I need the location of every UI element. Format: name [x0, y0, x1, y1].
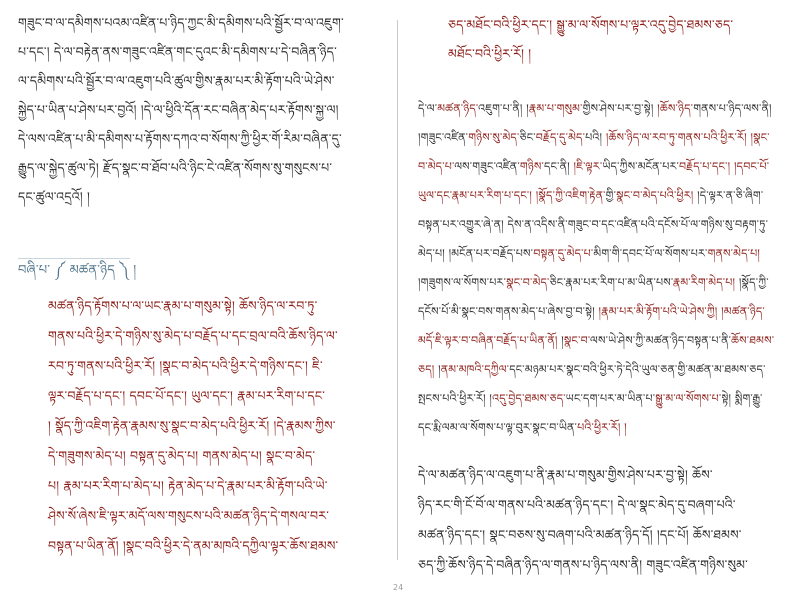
quoted-segment: །སྣང་: [750, 131, 769, 144]
commentary-line: བསྟན་པར་འགྱུར་ཞེ་ན། དེས་ན་འདིས་ནི་གཟུང་བ…: [418, 216, 768, 234]
quoted-segment: ནམ་མཁའི་དཀྱིལ་: [441, 363, 509, 376]
commentary-segment: །དེ་ལྟར་ན་ཅི་ཞིག་: [697, 189, 763, 202]
quoted-segment: ཆོས་ཐམས་: [731, 334, 774, 347]
quoted-segment: རྣམ་པ་གསུམ་: [529, 102, 583, 115]
quoted-segment: ཡུལ་དང་རྣམ་པར་རིག་པ་དང་།: [418, 189, 536, 202]
commentary-line: དངོས་པོ་མི་སྣང་བས་གནས་མེད་པ་ཞེས་བྱ་བ་སྟེ…: [418, 303, 765, 321]
commentary-segment: སྟེ། སྨིག་རྒྱུ་: [721, 392, 762, 405]
quoted-segment: གནས་མེད་པ།: [708, 247, 761, 260]
quote-line: མཐོང་བའི་ཕྱིར་རོ། །: [448, 45, 531, 63]
quoted-segment: །ཆོས་ཉིད་ལ་རབ་ཏུ་གནས་པའི་ཕྱིར་རོ།: [606, 131, 751, 144]
commentary-line: མེད་པ། །མངོན་པར་བརྗོད་པས་བསྟན་དུ་མེད་པ་མ…: [418, 245, 760, 263]
quoted-segment: །ཆོས་ཉིད་: [657, 102, 693, 115]
commentary-line: དང་རྨི་ལམ་ལ་སོགས་པ་ལྟ་བུར་སྣང་བ་ཡིན་པའི་…: [418, 419, 627, 437]
right-page: ཅད་མཐོང་བའི་ཕྱིར་དང་། སྒྱུ་མ་ལ་སོགས་པ་ལྟ…: [400, 0, 799, 599]
commentary-segment: དང་ནི།: [544, 160, 574, 173]
intro-line: དེ་ལས་འཛིན་པ་མི་དམིགས་པ་རྟོགས་དཀའ་བ་སོགས…: [18, 130, 342, 148]
commentary-segment: དང་མཉམ་པར་སྣང་བའི་ཕྱིར་ཏེ་དེའི་ཡུལ་ཅན་གྱ…: [509, 363, 765, 376]
commentary-segment: ལས་གཟུང་འཛིན་: [454, 160, 520, 173]
heading-bracket-close: ༽: [119, 263, 128, 278]
intro-line: རྒྱུད་ལ་སྐྱེད་ཚུལ་ཏེ། རྫོད་སྣང་བ་ཐོབ་པའི…: [18, 159, 332, 177]
commentary-segment: དེ་ལ་: [418, 102, 437, 115]
quoted-segment: བསྟན་དུ་མེད་པ་: [533, 247, 593, 260]
quote-line: མཚན་ཉིད་རྟོགས་པ་ལ་ཡང་རྣམ་པ་གསུམ་སྟེ། ཆོས…: [48, 297, 317, 315]
heading-shad: །: [133, 263, 136, 278]
commentary-line: བ་མེད་པ་ལས་གཟུང་འཛིན་གཉིས་དང་ནི། །ཇི་ལྟར…: [418, 158, 769, 176]
body-line: མཚན་ཉིད་དང་། སྣང་བཅས་སུ་བཞག་པའི་མཚན་ཉིད་…: [418, 526, 742, 544]
commentary-segment: དང་རྨི་ལམ་ལ་སོགས་པ་ལྟ་བུར་སྣང་བ་ཡིན་: [418, 421, 577, 434]
heading-prefix: བཞི་པ་: [18, 263, 50, 278]
quoted-segment: པའི་ཕྱིར་རོ།: [577, 421, 620, 434]
commentary-segment: དངོས་པོ་མི་སྣང་བས་གནས་མེད་པ་ཞེས་བྱ་བ་སྟེ…: [418, 305, 599, 318]
heading-rule: [18, 258, 130, 259]
quoted-segment: གཉིས་: [520, 160, 544, 173]
quote-line: ཅད་མཐོང་བའི་ཕྱིར་དང་། སྒྱུ་མ་ལ་སོགས་པ་ལྟ…: [448, 16, 733, 34]
commentary-segment: པའི།: [585, 131, 606, 144]
intro-line: དང་ཚུལ་འདྲའོ། །: [18, 188, 90, 206]
quoted-segment: །ཇི་ལྟར་: [574, 160, 603, 173]
commentary-segment: །གཟུགས་ལ་སོགས་པར་: [418, 276, 506, 289]
quote-line: དེ་གཟུགས་མེད་པ། བསྟན་དུ་མེད་པ། གནས་མེད་པ…: [48, 447, 315, 465]
commentary-line: དེ་ལ་མཚན་ཉིད་འཇུག་པ་ནི། །རྣམ་པ་གསུམ་གྱིས…: [418, 100, 772, 118]
body-line: དེ་ལ་མཚན་ཉིད་ལ་འཇུག་པ་ནི་རྣམ་པ་གསུམ་གྱིས…: [418, 466, 713, 484]
quoted-segment: སྣང་བ་མེད་པའི་ཕྱིར།: [616, 189, 697, 202]
quoted-segment: ཅད།: [418, 363, 438, 376]
commentary-line: སྤངས་པའི་ཕྱིར་རོ། །འདུ་བྱེད་ཐམས་ཅད་ཡང་དག…: [418, 390, 763, 408]
intro-line: གཟུང་བ་ལ་དམིགས་པའམ་འཛིན་པ་ཉིད་ཀྱང་མི་དམི…: [18, 14, 344, 32]
left-page: གཟུང་བ་ལ་དམིགས་པའམ་འཛིན་པ་ཉིད་ཀྱང་མི་དམི…: [0, 0, 385, 599]
commentary-segment: གནས་པ་ཉིད་ལས་ནི།: [693, 102, 772, 115]
quoted-segment: །སྣོད་ཀྱི་འཇིག་རྟེན་: [536, 189, 606, 202]
intro-line: ལ་དམིགས་པའི་སྦྱོར་བ་ལ་འཇུག་པའི་ཚུལ་གྱིས་…: [18, 72, 335, 90]
quoted-segment: །རྣམ་པར་མི་རྟོག་པའི་ཡེ་ཤེས་ཀྱི།: [599, 305, 722, 318]
quoted-segment: །དབང་པོ་: [734, 160, 769, 173]
quoted-segment: སྒྱུ་མ་ལ་སོགས་པ་: [655, 392, 721, 405]
section-heading: བཞི་པ་ ༼ མཚན་ཉིད ༽ །: [18, 262, 136, 280]
commentary-segment: །སྣོད་ཀྱི་: [735, 276, 769, 289]
commentary-segment: ཡིད་ཀྱིས་མངོན་པར་: [602, 160, 679, 173]
commentary-segment: འཇུག་པ་ནི།: [478, 102, 526, 115]
quote-line: པ། རྣམ་པར་རིག་པ་མེད་པ། རྟེན་མེད་པ་དེ་རྣམ…: [48, 477, 328, 495]
quoted-segment: །: [620, 421, 626, 434]
commentary-segment: །གཟུང་འཛིན་: [418, 131, 468, 144]
quoted-segment: །མཚན་ཉིད་: [721, 305, 765, 318]
intro-line: པ་དང་། དེ་ལ་བརྟེན་ནས་གཟུང་འཛིན་གང་དུའང་མ…: [18, 43, 337, 61]
heading-title: མཚན་ཉིད: [70, 263, 115, 278]
commentary-segment: ཡང་དག་པར་མ་ཡིན་པ་: [566, 392, 655, 405]
body-line: ཉིད་རང་གི་ངོ་བོ་ལ་གནས་པའི་མཚན་ཉིད་དང་། ད…: [418, 496, 736, 514]
commentary-segment: སྤངས་པའི་ཕྱིར་རོ།: [418, 392, 489, 405]
commentary-line: །གཟུགས་ལ་སོགས་པར་སྣང་བ་མེད་ཅིང་རྣམ་པར་རི…: [418, 274, 769, 292]
commentary-segment: གྱིས་ཤེས་པར་བྱ་སྟེ།: [583, 102, 658, 115]
quoted-segment: བརྗོད་པ་དང་།: [679, 160, 734, 173]
quote-line: ཤེས་སོ་ཞེས་ཇི་ལྟར་མདོ་ལས་གསུངས་པའི་མཚན་ཉ…: [48, 507, 329, 525]
commentary-line: ཅད། །ནམ་མཁའི་དཀྱིལ་དང་མཉམ་པར་སྣང་བའི་ཕྱི…: [418, 361, 766, 379]
body-line: ཅད་ཀྱི་ཆོས་ཉིད་དེ་བཞིན་ཉིད་ལ་གནས་པ་ཉིད་ལ…: [418, 556, 748, 574]
commentary-segment: མེད་པ། །མངོན་པར་བརྗོད་པས་: [418, 247, 533, 260]
commentary-segment: ཅིང་རྣམ་པར་རིག་པ་མ་ཡིན་པས་: [550, 276, 673, 289]
quoted-segment: སྣང་བ་མེད་: [506, 276, 549, 289]
quote-line: ། སྣོད་ཀྱི་འཇིག་རྟེན་རྣམས་སུ་སྣང་བ་མེད་པ…: [48, 417, 336, 435]
quote-line: གནས་པའི་ཕྱིར་དེ་གཉིས་སུ་མེད་པ་བརྗོད་པ་དང…: [48, 327, 338, 345]
quoted-segment: མདོ་ཇི་ལྟར་བ་བཞིན་བརྗོད་པ་ཡིན་ནོ།: [418, 334, 561, 347]
quote-line: ལྟར་བརྗོད་པ་དང་། དབང་པོ་དང་། ཡུལ་དང་། རྣ…: [48, 387, 325, 405]
commentary-segment: ཅིང་: [520, 131, 536, 144]
commentary-segment: ལས་ཡེ་ཤེས་ཀྱི་མཚན་ཉིད་བསྟན་པ་ནི་: [590, 334, 731, 347]
commentary-segment: བསྟན་པར་འགྱུར་ཞེ་ན། དེས་ན་འདིས་ནི་གཟུང་བ…: [418, 218, 768, 231]
quote-line: བསྟན་པ་ཡིན་ནོ། །སྣང་བའི་ཕྱིར་དེ་ནམ་མཁའི་…: [48, 537, 338, 555]
quote-line: རབ་ཏུ་གནས་པའི་ཕྱིར་རོ། །སྣང་བ་མེད་པའི་ཕྱ…: [48, 357, 323, 375]
page-divider: [397, 20, 398, 560]
commentary-line: མདོ་ཇི་ལྟར་བ་བཞིན་བརྗོད་པ་ཡིན་ནོ། །སྣང་བ…: [418, 332, 774, 350]
commentary-segment: མིག་གི་དབང་པོ་ལ་སོགས་པར་: [593, 247, 707, 260]
quoted-segment: སྣང་བ་: [564, 334, 590, 347]
quoted-segment: གཉིས་སུ་མེད་: [468, 131, 519, 144]
heading-bracket-open: ༼: [55, 263, 66, 278]
quoted-segment: མཚན་ཉིད་: [437, 102, 478, 115]
intro-line: སྐྱེད་པ་ཡིན་པ་ཤེས་པར་བྱའོ། །དེ་ལ་ཕྱིའི་ད…: [18, 101, 339, 119]
commentary-line: །གཟུང་འཛིན་གཉིས་སུ་མེད་ཅིང་བརྗོད་དུ་མེད་…: [418, 129, 770, 147]
quoted-segment: རྣམ་རིག་མེད་པ།: [673, 276, 735, 289]
quoted-segment: བརྗོད་དུ་མེད་: [536, 131, 585, 144]
quoted-segment: འདུ་བྱེད་ཐམས་ཅད་: [492, 392, 566, 405]
commentary-line: ཡུལ་དང་རྣམ་པར་རིག་པ་དང་། །སྣོད་ཀྱི་འཇིག་…: [418, 187, 763, 205]
commentary-segment: གྱི་: [606, 189, 616, 202]
quoted-segment: བ་མེད་པ་: [418, 160, 454, 173]
